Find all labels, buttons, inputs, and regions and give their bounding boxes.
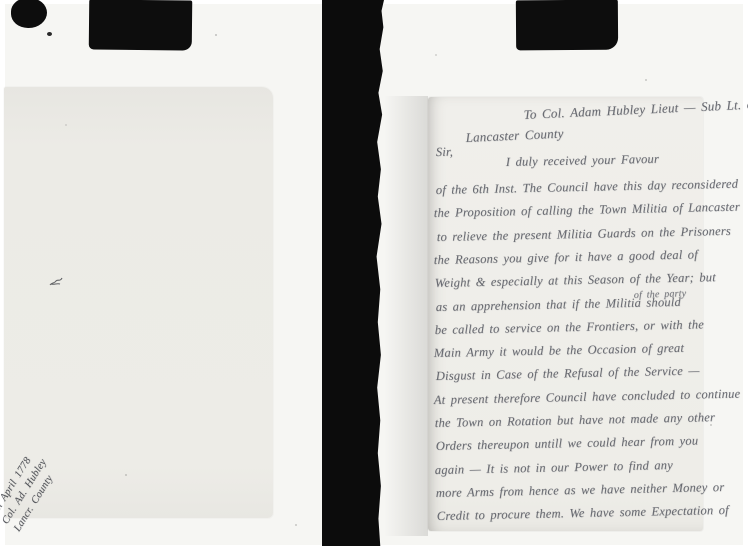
letter-line: the Town on Rotation but have not made a…: [435, 410, 716, 431]
letter-opening: I duly received your Favour: [506, 152, 659, 170]
letter-line: again — It is not in our Power to find a…: [435, 458, 673, 478]
ink-blot-icon: [48, 276, 64, 287]
page-gutter-shadow: [384, 96, 428, 536]
right-page: To Col. Adam Hubley Lieut — Sub Lt. of L…: [428, 97, 703, 531]
letter-line: of the 6th Inst. The Council have this d…: [436, 177, 739, 198]
film-speck: [47, 32, 52, 36]
letter-line: At present therefore Council have conclu…: [434, 387, 741, 408]
letter-line: to relieve the present Militia Guards on…: [437, 224, 731, 245]
left-page: 8th April 1778 Col. Ad. Hubley Lancr. Co…: [4, 87, 273, 518]
letter-heading: Lancaster County: [465, 126, 564, 146]
film-marker-block-left: [89, 0, 193, 51]
docket-line: Col. Ad. Hubley: [0, 393, 91, 528]
letter-line: Disgust in Case of the Refusal of the Se…: [436, 363, 700, 384]
docket-note: 8th April 1778 Col. Ad. Hubley Lancr. Co…: [0, 385, 103, 534]
letter-heading: To Col. Adam Hubley Lieut — Sub Lt. of: [523, 96, 748, 123]
letter-line: Main Army it would be the Occasion of gr…: [434, 341, 685, 361]
letter-line: the Reasons you give for it have a good …: [434, 247, 698, 268]
scanned-document-view: 8th April 1778 Col. Ad. Hubley Lancr. Co…: [0, 0, 748, 549]
letter-line: be called to service on the Frontiers, o…: [435, 317, 704, 338]
film-dust-specks: [5, 4, 7, 6]
film-marker-block-right: [516, 0, 618, 50]
letter-line: more Arms from hence as we have neither …: [436, 480, 725, 501]
letter-salutation: Sir,: [436, 145, 453, 160]
film-spine-strip: [322, 0, 384, 546]
film-punch-mark: [11, 0, 47, 28]
letter-line: the Proposition of calling the Town Mili…: [434, 200, 740, 221]
letter-line: Credit to procure them. We have some Exp…: [437, 503, 729, 524]
microfilm-scan: 8th April 1778 Col. Ad. Hubley Lancr. Co…: [5, 4, 743, 545]
letter-line: Orders thereupon untill we could hear fr…: [436, 434, 699, 454]
letter-line: as an apprehension that if the Militia s…: [436, 295, 681, 315]
